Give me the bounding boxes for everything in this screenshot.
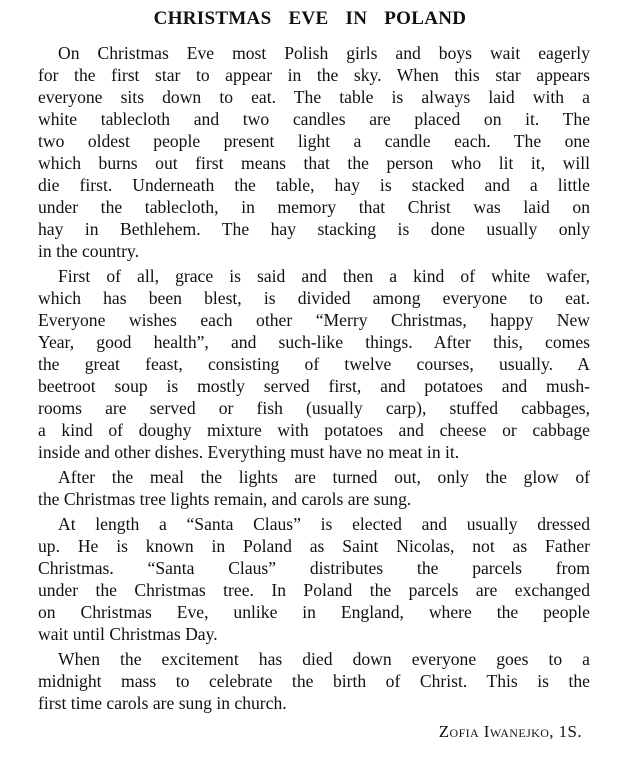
paragraph-1-line: white tablecloth and two candles are pla… bbox=[38, 108, 590, 130]
paragraph-2-line: rooms are served or fish (usually carp),… bbox=[38, 397, 590, 419]
paragraph-1-line: die first. Underneath the table, hay is … bbox=[38, 174, 590, 196]
paragraph-1-line: in the country. bbox=[38, 240, 590, 262]
paragraph-1-line: hay in Bethlehem. The hay stacking is do… bbox=[38, 218, 590, 240]
paragraph-2-line: First of all, grace is said and then a k… bbox=[58, 265, 590, 287]
paragraph-2-line: Everyone wishes each other “Merry Christ… bbox=[38, 309, 590, 331]
paragraph-2-line: Year, good health”, and such-like things… bbox=[38, 331, 590, 353]
paragraph-4-line: under the Christmas tree. In Poland the … bbox=[38, 579, 590, 601]
paragraph-4-line: on Christmas Eve, unlike in England, whe… bbox=[38, 601, 590, 623]
paragraph-4-line: up. He is known in Poland as Saint Nicol… bbox=[38, 535, 590, 557]
paragraph-2-line: the great feast, consisting of twelve co… bbox=[38, 353, 590, 375]
paragraph-4-line: Christmas. “Santa Claus” distributes the… bbox=[38, 557, 590, 579]
paragraph-2-line: beetroot soup is mostly served first, an… bbox=[38, 375, 590, 397]
paragraph-1-line: two oldest people present light a candle… bbox=[38, 130, 590, 152]
paragraph-3-line: After the meal the lights are turned out… bbox=[58, 466, 590, 488]
paragraph-5-line: When the excitement has died down everyo… bbox=[58, 648, 590, 670]
paragraph-2-line: a kind of doughy mixture with potatoes a… bbox=[38, 419, 590, 441]
paragraph-1-line: On Christmas Eve most Polish girls and b… bbox=[58, 42, 590, 64]
paragraph-1-line: everyone sits down to eat. The table is … bbox=[38, 86, 590, 108]
paragraph-4-line: wait until Christmas Day. bbox=[38, 623, 590, 645]
paragraph-3-line: the Christmas tree lights remain, and ca… bbox=[38, 488, 590, 510]
paragraph-1-line: which burns out first means that the per… bbox=[38, 152, 590, 174]
author-signature: Zofia Iwanejko, 1S. bbox=[439, 722, 582, 742]
paragraph-4-line: At length a “Santa Claus” is elected and… bbox=[58, 513, 590, 535]
paragraph-5-line: first time carols are sung in church. bbox=[38, 692, 590, 714]
paragraph-1-line: for the first star to appear in the sky.… bbox=[38, 64, 590, 86]
paragraph-2-line: inside and other dishes. Everything must… bbox=[38, 441, 590, 463]
paragraph-1-line: under the tablecloth, in memory that Chr… bbox=[38, 196, 590, 218]
paragraph-5-line: midnight mass to celebrate the birth of … bbox=[38, 670, 590, 692]
article-title: CHRISTMAS EVE IN POLAND bbox=[0, 8, 620, 30]
paragraph-2-line: which has been blest, is divided among e… bbox=[38, 287, 590, 309]
